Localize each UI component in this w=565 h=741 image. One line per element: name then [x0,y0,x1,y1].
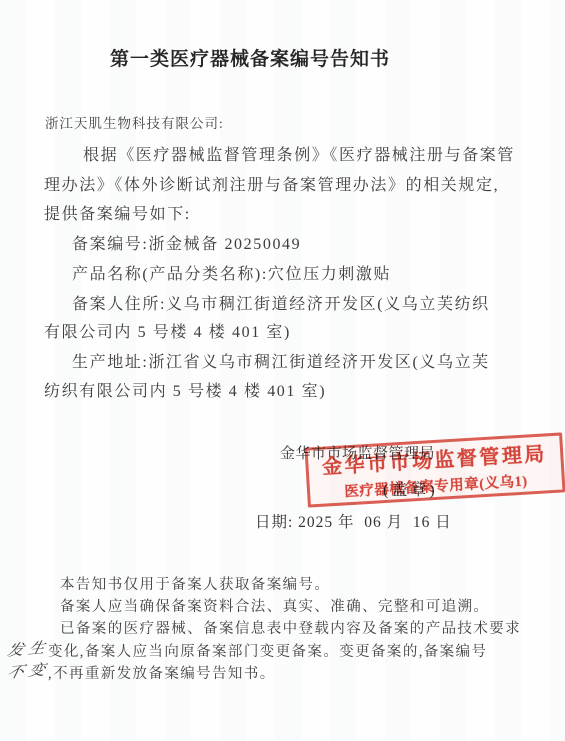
intro-line-3: 提供备案编号如下: [44,201,191,224]
product-name-line: 产品名称(产品分类名称):穴位压力刺激贴 [72,261,391,284]
note-line-5: 不变,不再重新发放备案编号告知书。 [5,662,276,683]
production-address-line-1: 生产地址:浙江省义乌市稠江街道经济开发区(义乌立芙 [72,349,490,372]
note-line-2: 备案人应当确保备案资料合法、真实、准确、完整和可追溯。 [60,595,489,616]
note-line-1: 本告知书仅用于备案人获取备案编号。 [60,573,330,594]
date-line: 日期: 2025 年 06 月 16 日 [255,510,452,532]
registrant-address-line-1: 备案人住所:义乌市稠江街道经济开发区(义乌立芙纺织 [72,291,490,314]
document-page: 第一类医疗器械备案编号告知书 浙江天肌生物科技有限公司: 根据《医疗器械监督管理… [0,0,565,741]
note-line-5-rest: ,不再重新发放备案编号告知书。 [48,666,276,682]
intro-line-2: 理办法》《体外诊断试剂注册与备案管理办法》的相关规定, [44,172,499,195]
note-line-4-rest: 变化,备案人应当向原备案部门变更备案。变更备案的,备案编号 [48,644,487,660]
record-number-line: 备案编号:浙金械备 20250049 [72,231,301,254]
registrant-address-line-2: 有限公司内 5 号楼 4 楼 401 室) [44,319,291,342]
intro-line-1: 根据《医疗器械监督管理条例》《医疗器械注册与备案管 [83,142,515,165]
production-address-line-2: 纺织有限公司内 5 号楼 4 楼 401 室) [44,378,326,401]
note-line-3: 已备案的医疗器械、备案信息表中登载内容及备案的产品技术要求 [60,617,521,638]
note-line-4: 发生变化,备案人应当向原备案部门变更备案。变更备案的,备案编号 [5,640,487,661]
page-title: 第一类医疗器械备案编号告知书 [110,44,390,71]
note-line-5-warped-chars: 不变 [5,658,52,683]
recipient-line: 浙江天肌生物科技有限公司: [45,112,224,132]
